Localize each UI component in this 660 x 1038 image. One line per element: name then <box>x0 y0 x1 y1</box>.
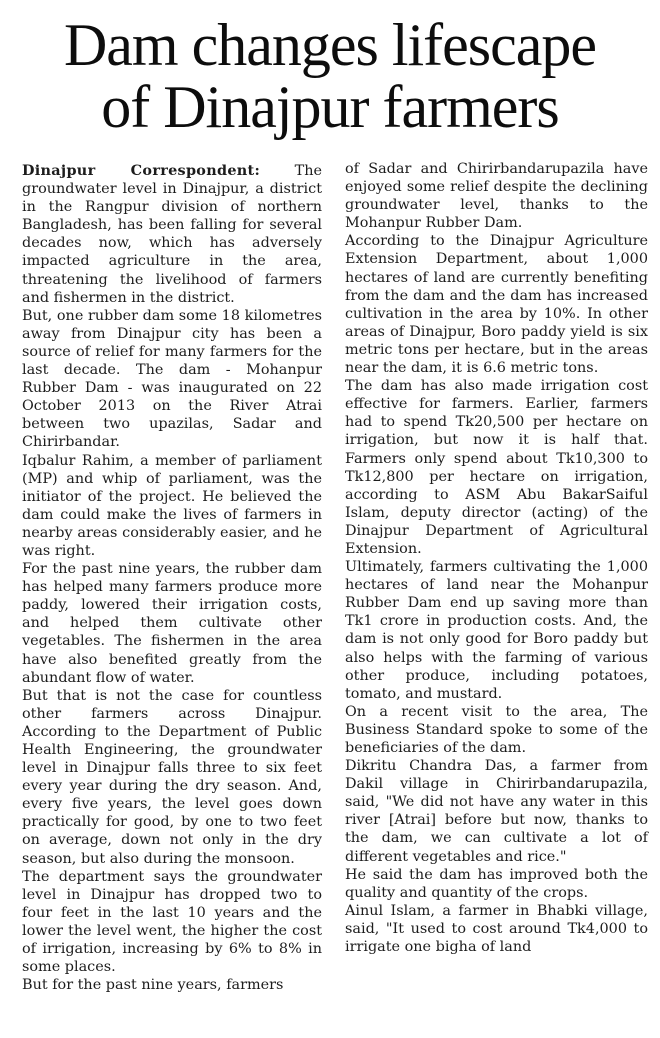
paragraph: The dam has also made irrigation cost ef… <box>345 377 648 558</box>
headline-line-1: Dam changes lifescape <box>64 12 596 78</box>
paragraph: For the past nine years, the rubber dam … <box>22 560 322 687</box>
paragraph-text: The groundwater level in Dinajpur, a dis… <box>22 163 322 306</box>
paragraph: He said the dam has improved both the qu… <box>345 866 648 902</box>
article-column-right: of Sadar and Chirirbandarupazila have en… <box>345 160 648 956</box>
headline: Dam changes lifescape of Dinajpur farmer… <box>0 14 660 138</box>
paragraph: The department says the groundwater leve… <box>22 868 322 977</box>
paragraph: of Sadar and Chirirbandarupazila have en… <box>345 160 648 232</box>
paragraph: Ultimately, farmers cultivating the 1,00… <box>345 558 648 703</box>
paragraph: But for the past nine years, farmers <box>22 976 322 994</box>
headline-line-2: of Dinajpur farmers <box>101 74 558 140</box>
article-column-left: Dinajpur Correspondent: The groundwater … <box>22 162 322 994</box>
paragraph: According to the Dinajpur Agriculture Ex… <box>345 232 648 377</box>
paragraph: But that is not the case for countless o… <box>22 687 322 868</box>
paragraph: Ainul Islam, a farmer in Bhabki village,… <box>345 902 648 956</box>
paragraph: Iqbalur Rahim, a member of parliament (M… <box>22 452 322 561</box>
paragraph: But, one rubber dam some 18 kilometres a… <box>22 307 322 452</box>
byline: Dinajpur Correspondent: <box>22 162 260 179</box>
paragraph: On a recent visit to the area, The Busin… <box>345 703 648 757</box>
paragraph: Dinajpur Correspondent: The groundwater … <box>22 162 322 307</box>
paragraph: Dikritu Chandra Das, a farmer from Dakil… <box>345 757 648 866</box>
